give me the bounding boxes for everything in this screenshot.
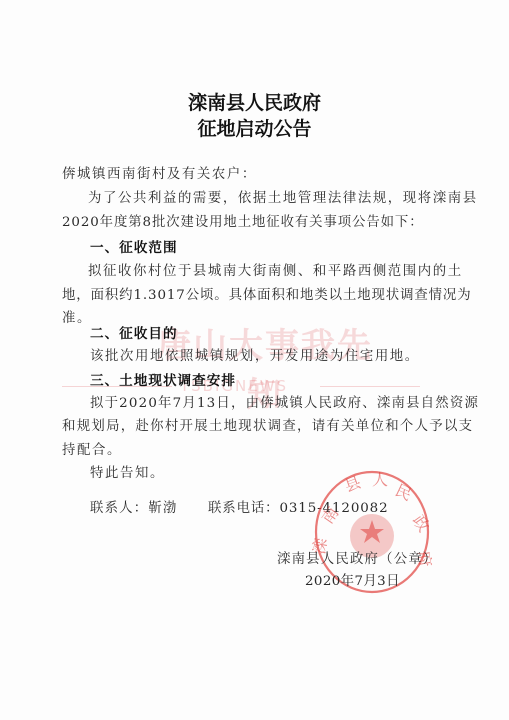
- section-3-line-1: 拟于2020年7月13日，由倴城镇人民政府、滦南县自然资源: [90, 392, 479, 411]
- closing: 特此告知。: [90, 462, 165, 481]
- watermark-rule-right: [320, 386, 420, 387]
- svg-text:县: 县: [342, 472, 364, 495]
- section-1-line-2: 地，面积约1.3017公顷。具体面积和地类以土地现状调查情况为: [62, 284, 472, 303]
- date: 2020年7月3日: [305, 570, 400, 589]
- intro-line-1: 为了公共利益的需要，依据土地管理法律法规，现将滦南县: [88, 187, 478, 206]
- svg-text:人: 人: [372, 470, 388, 489]
- section-2-line-1: 该批次用地依照城镇规划，开发用途为住宅用地。: [90, 345, 420, 364]
- section-heading-2: 二、征收目的: [90, 322, 178, 342]
- section-3-line-3: 持配合。: [62, 439, 122, 458]
- section-1-line-1: 拟征收你村位于县城南大街南侧、和平路西侧范围内的土: [88, 260, 463, 279]
- section-heading-1: 一、征收范围: [90, 236, 178, 256]
- signature: 滦南县人民政府（公章）: [277, 548, 438, 567]
- contact-person: 联系人：靳渤: [90, 497, 178, 516]
- title-line-1: 滦南县人民政府: [0, 88, 509, 115]
- section-3-line-2: 和规划局，赴你村开展土地现状调查，请有关单位和个人予以支: [62, 415, 473, 434]
- svg-text:民: 民: [392, 480, 415, 504]
- salutation: 倴城镇西南街村及有关农户：: [62, 163, 257, 182]
- title-line-2: 征地启动公告: [0, 114, 509, 141]
- section-heading-3: 三、土地现状调查安排: [90, 369, 236, 389]
- section-1-line-3: 准。: [62, 307, 92, 326]
- intro-line-2: 2020年度第8批次建设用地土地征收有关事项公告如下：: [62, 211, 424, 230]
